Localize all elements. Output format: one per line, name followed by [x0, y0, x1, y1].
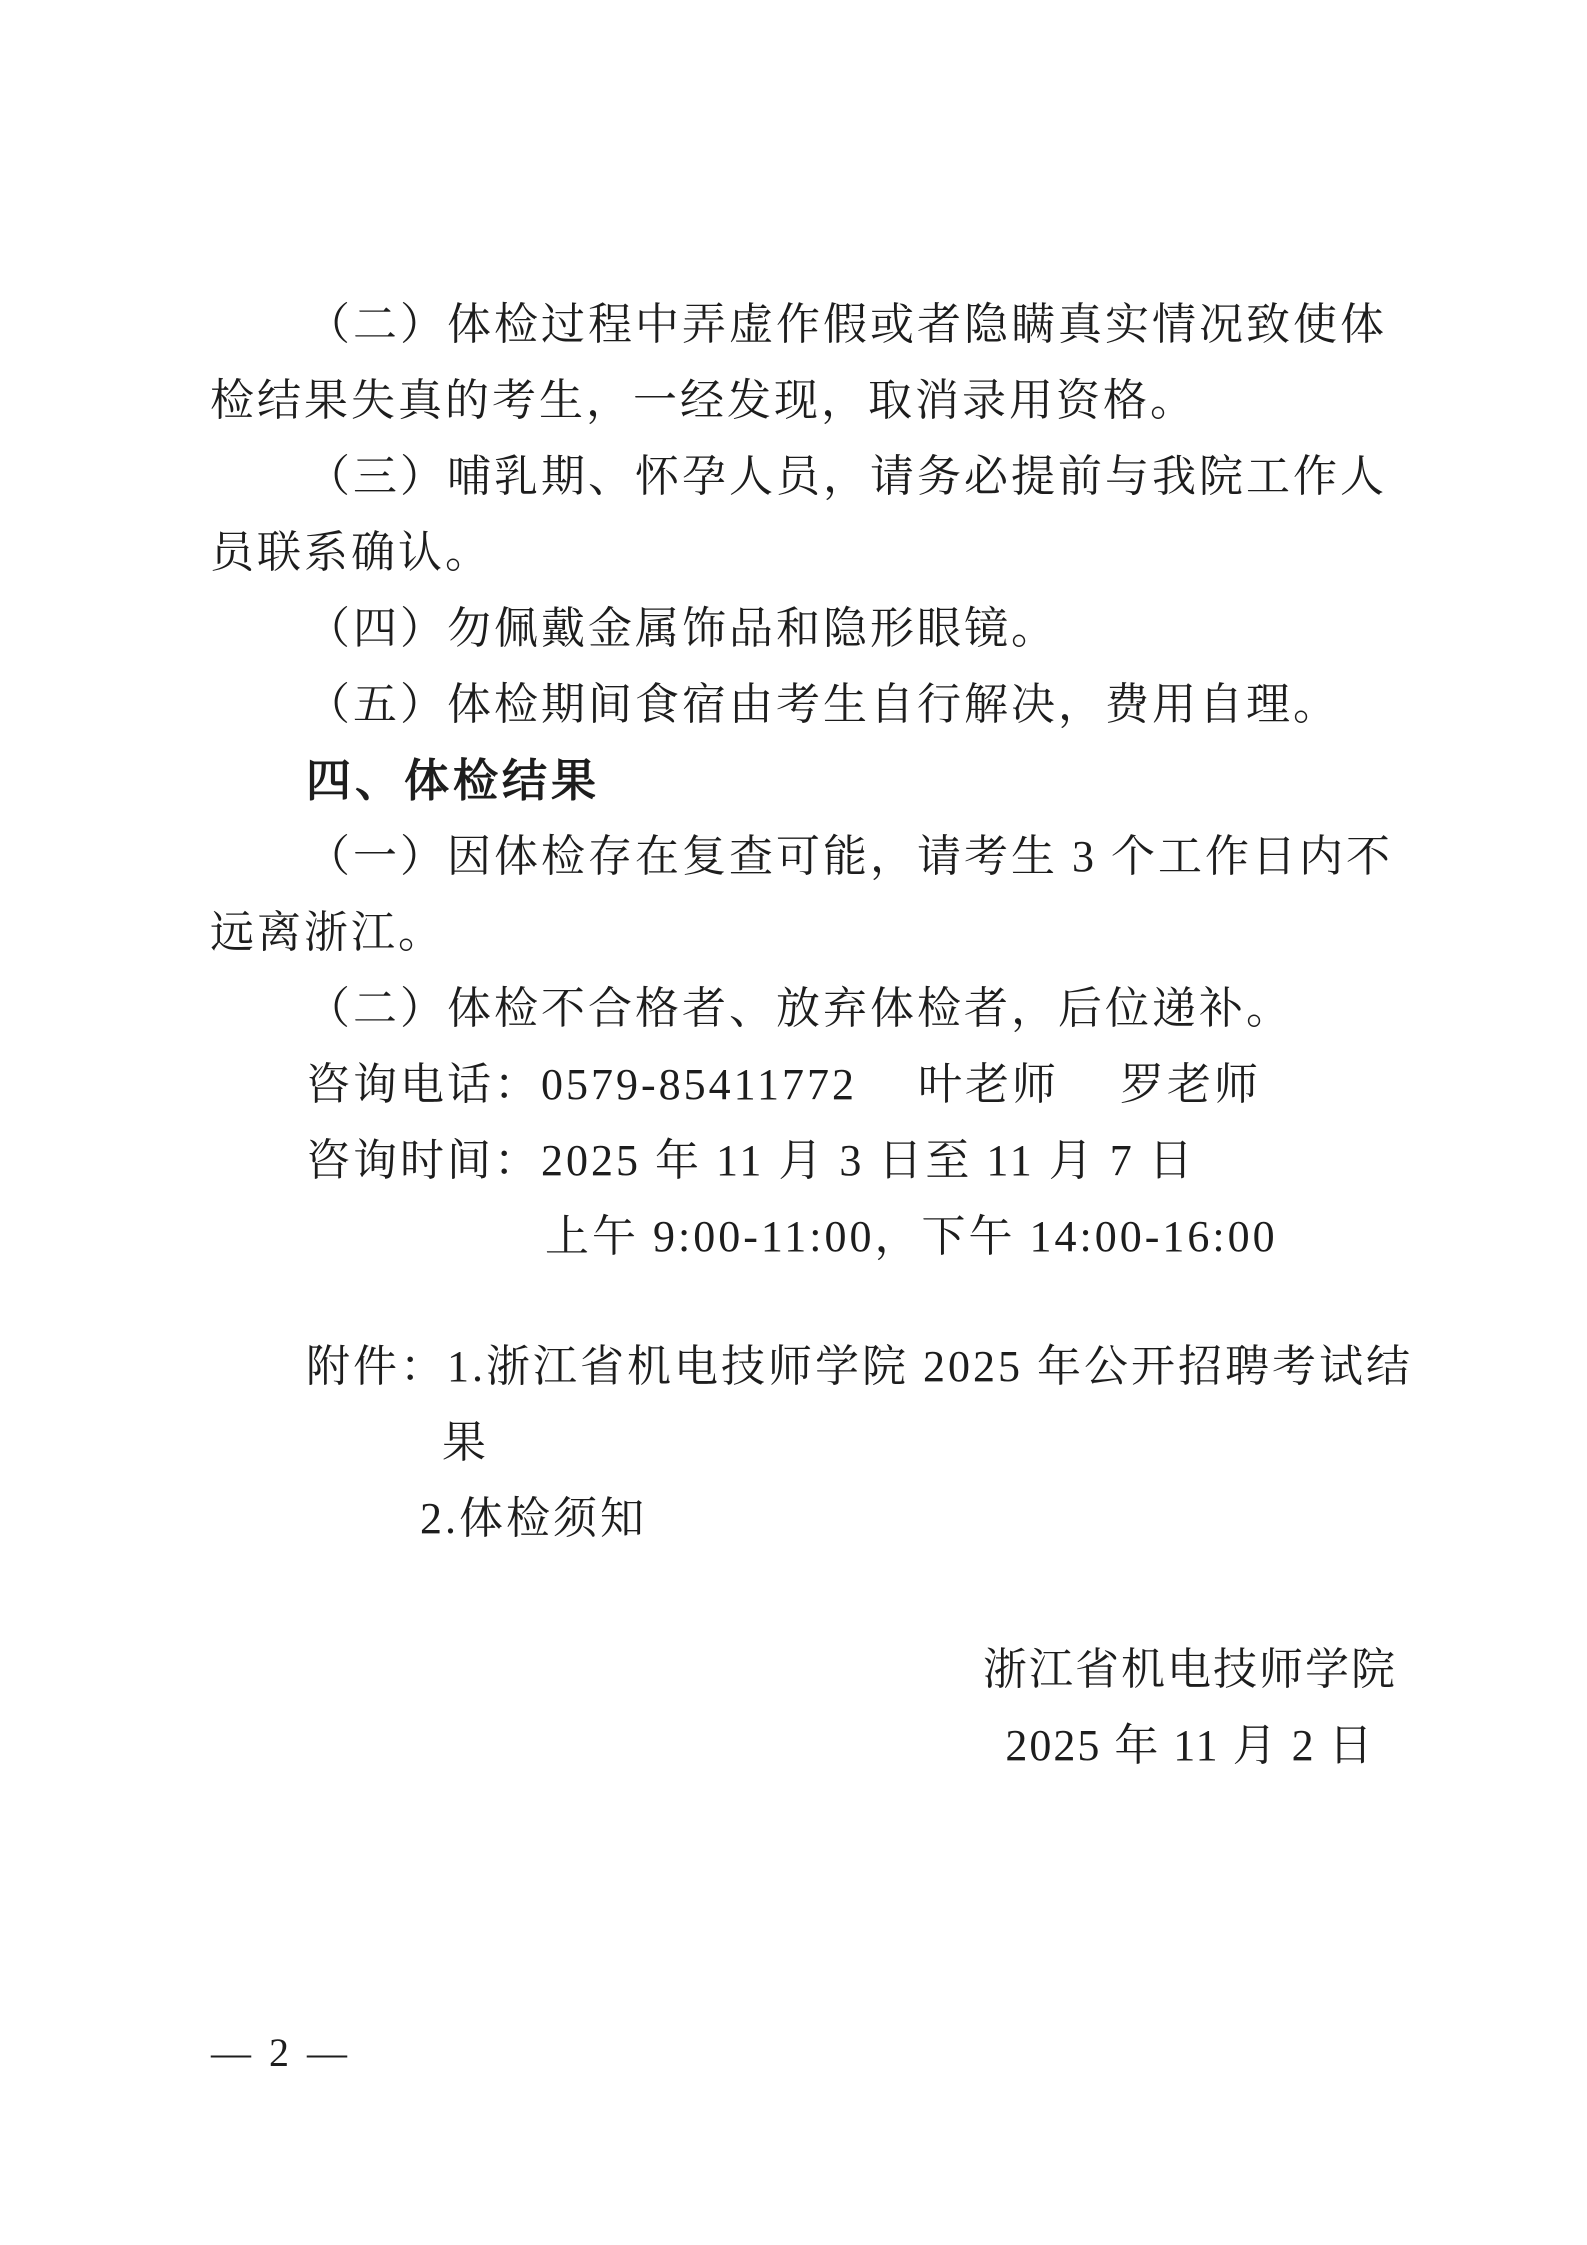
attachment-line-1: 附件：1.浙江省机电技师学院 2025 年公开招聘考试结 — [210, 1329, 1457, 1405]
document-body: （二）体检过程中弄虚作假或者隐瞒真实情况致使体 检结果失真的考生，一经发现，取消… — [210, 287, 1457, 1557]
para-item-2-line-1: （二）体检过程中弄虚作假或者隐瞒真实情况致使体 — [210, 287, 1457, 363]
attachment-line-2: 2.体检须知 — [210, 1481, 1457, 1557]
contact-hours-line: 上午 9:00-11:00，下午 14:00-16:00 — [210, 1199, 1457, 1275]
para-item-3-line-2: 员联系确认。 — [210, 515, 1457, 591]
signature-block: 浙江省机电技师学院 2025 年 11 月 2 日 — [983, 1632, 1397, 1784]
para-result-1-line-1: （一）因体检存在复查可能，请考生 3 个工作日内不 — [210, 819, 1457, 895]
document-page: （二）体检过程中弄虚作假或者隐瞒真实情况致使体 检结果失真的考生，一经发现，取消… — [0, 0, 1587, 2245]
para-item-5: （五）体检期间食宿由考生自行解决，费用自理。 — [210, 667, 1457, 743]
contact-time-line: 咨询时间：2025 年 11 月 3 日至 11 月 7 日 — [210, 1123, 1457, 1199]
para-item-2-line-2: 检结果失真的考生，一经发现，取消录用资格。 — [210, 363, 1457, 439]
section-heading-4: 四、体检结果 — [210, 743, 1457, 819]
signature-org: 浙江省机电技师学院 — [983, 1632, 1397, 1708]
page-number: — 2 — — [211, 2029, 351, 2076]
attachment-line-1-cont: 果 — [210, 1405, 1457, 1481]
signature-date: 2025 年 11 月 2 日 — [983, 1708, 1397, 1784]
para-item-3-line-1: （三）哺乳期、怀孕人员，请务必提前与我院工作人 — [210, 439, 1457, 515]
para-result-1-line-2: 远离浙江。 — [210, 895, 1457, 971]
para-result-2: （二）体检不合格者、放弃体检者，后位递补。 — [210, 971, 1457, 1047]
contact-phone-line: 咨询电话：0579-85411772 叶老师 罗老师 — [210, 1047, 1457, 1123]
para-item-4: （四）勿佩戴金属饰品和隐形眼镜。 — [210, 591, 1457, 667]
